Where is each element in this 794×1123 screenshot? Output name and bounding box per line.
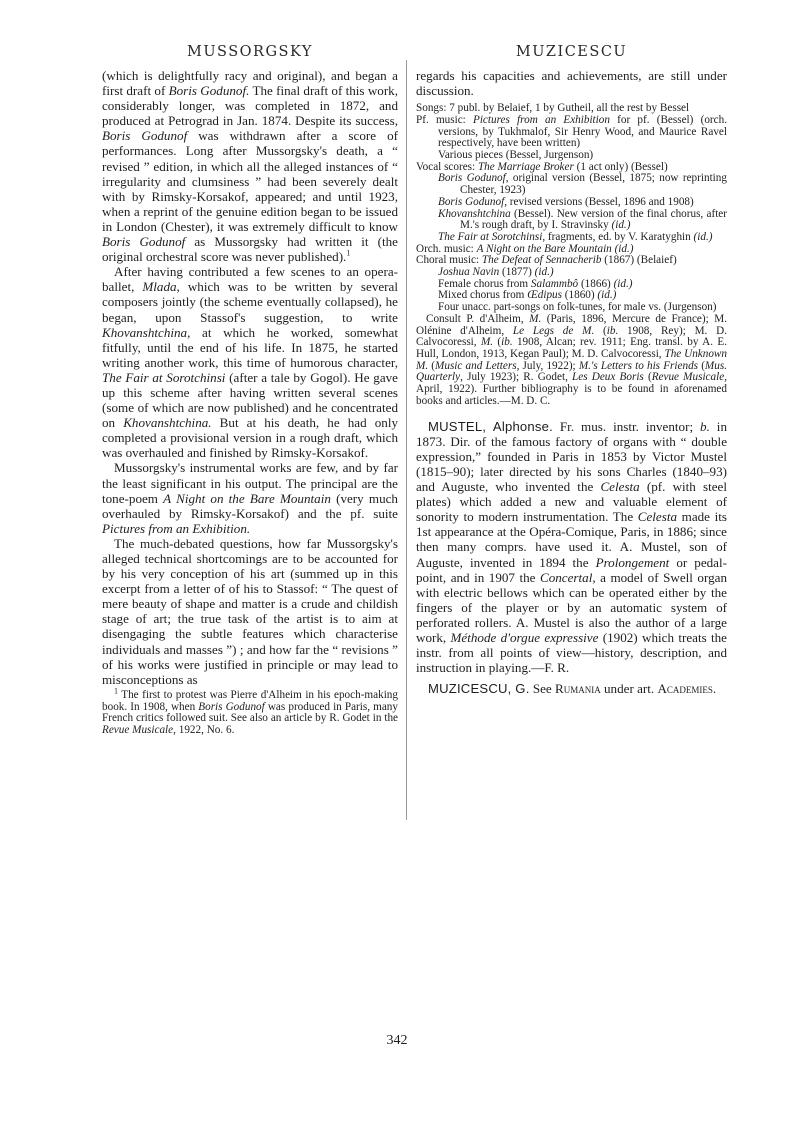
- works-list-item: Boris Godunof, original version (Bessel,…: [416, 173, 727, 196]
- page-number-text: 342: [387, 1033, 408, 1048]
- page-number: 342: [0, 1033, 794, 1049]
- paragraph-continuation: regards his capacities and achievements,…: [416, 68, 727, 98]
- paragraph-khovanshtchina: After having contributed a few scenes to…: [102, 264, 398, 460]
- bibliography-consult: Consult P. d'Alheim, M. (Paris, 1896, Me…: [416, 314, 727, 408]
- footnote: 1 The first to protest was Pierre d'Alhe…: [102, 690, 398, 737]
- left-running-head: MUSSORGSKY: [102, 40, 398, 64]
- column-divider: [406, 60, 407, 820]
- works-list: Songs: 7 publ. by Belaief, 1 by Gutheil,…: [416, 103, 727, 314]
- works-list-item: Khovanshtchina (Bessel). New version of …: [416, 209, 727, 232]
- paragraph-instrumental-works: Mussorgsky's instrumental works are few,…: [102, 460, 398, 535]
- entry-mustel: MUSTEL, Alphonse. Fr. mus. instr. invent…: [416, 419, 727, 676]
- right-column: MUZICESCU regards his capacities and ach…: [416, 40, 727, 696]
- entry-muzicescu: MUZICESCU, G. See Rumania under art. Aca…: [416, 681, 727, 696]
- paragraph-debated-questions: The much-debated questions, how far Muss…: [102, 536, 398, 687]
- paragraph-boris-godunof: (which is delightfully racy and original…: [102, 68, 398, 264]
- right-running-head: MUZICESCU: [416, 40, 727, 64]
- left-column: MUSSORGSKY (which is delightfully racy a…: [102, 40, 398, 748]
- works-list-item: Pf. music: Pictures from an Exhibition f…: [416, 115, 727, 150]
